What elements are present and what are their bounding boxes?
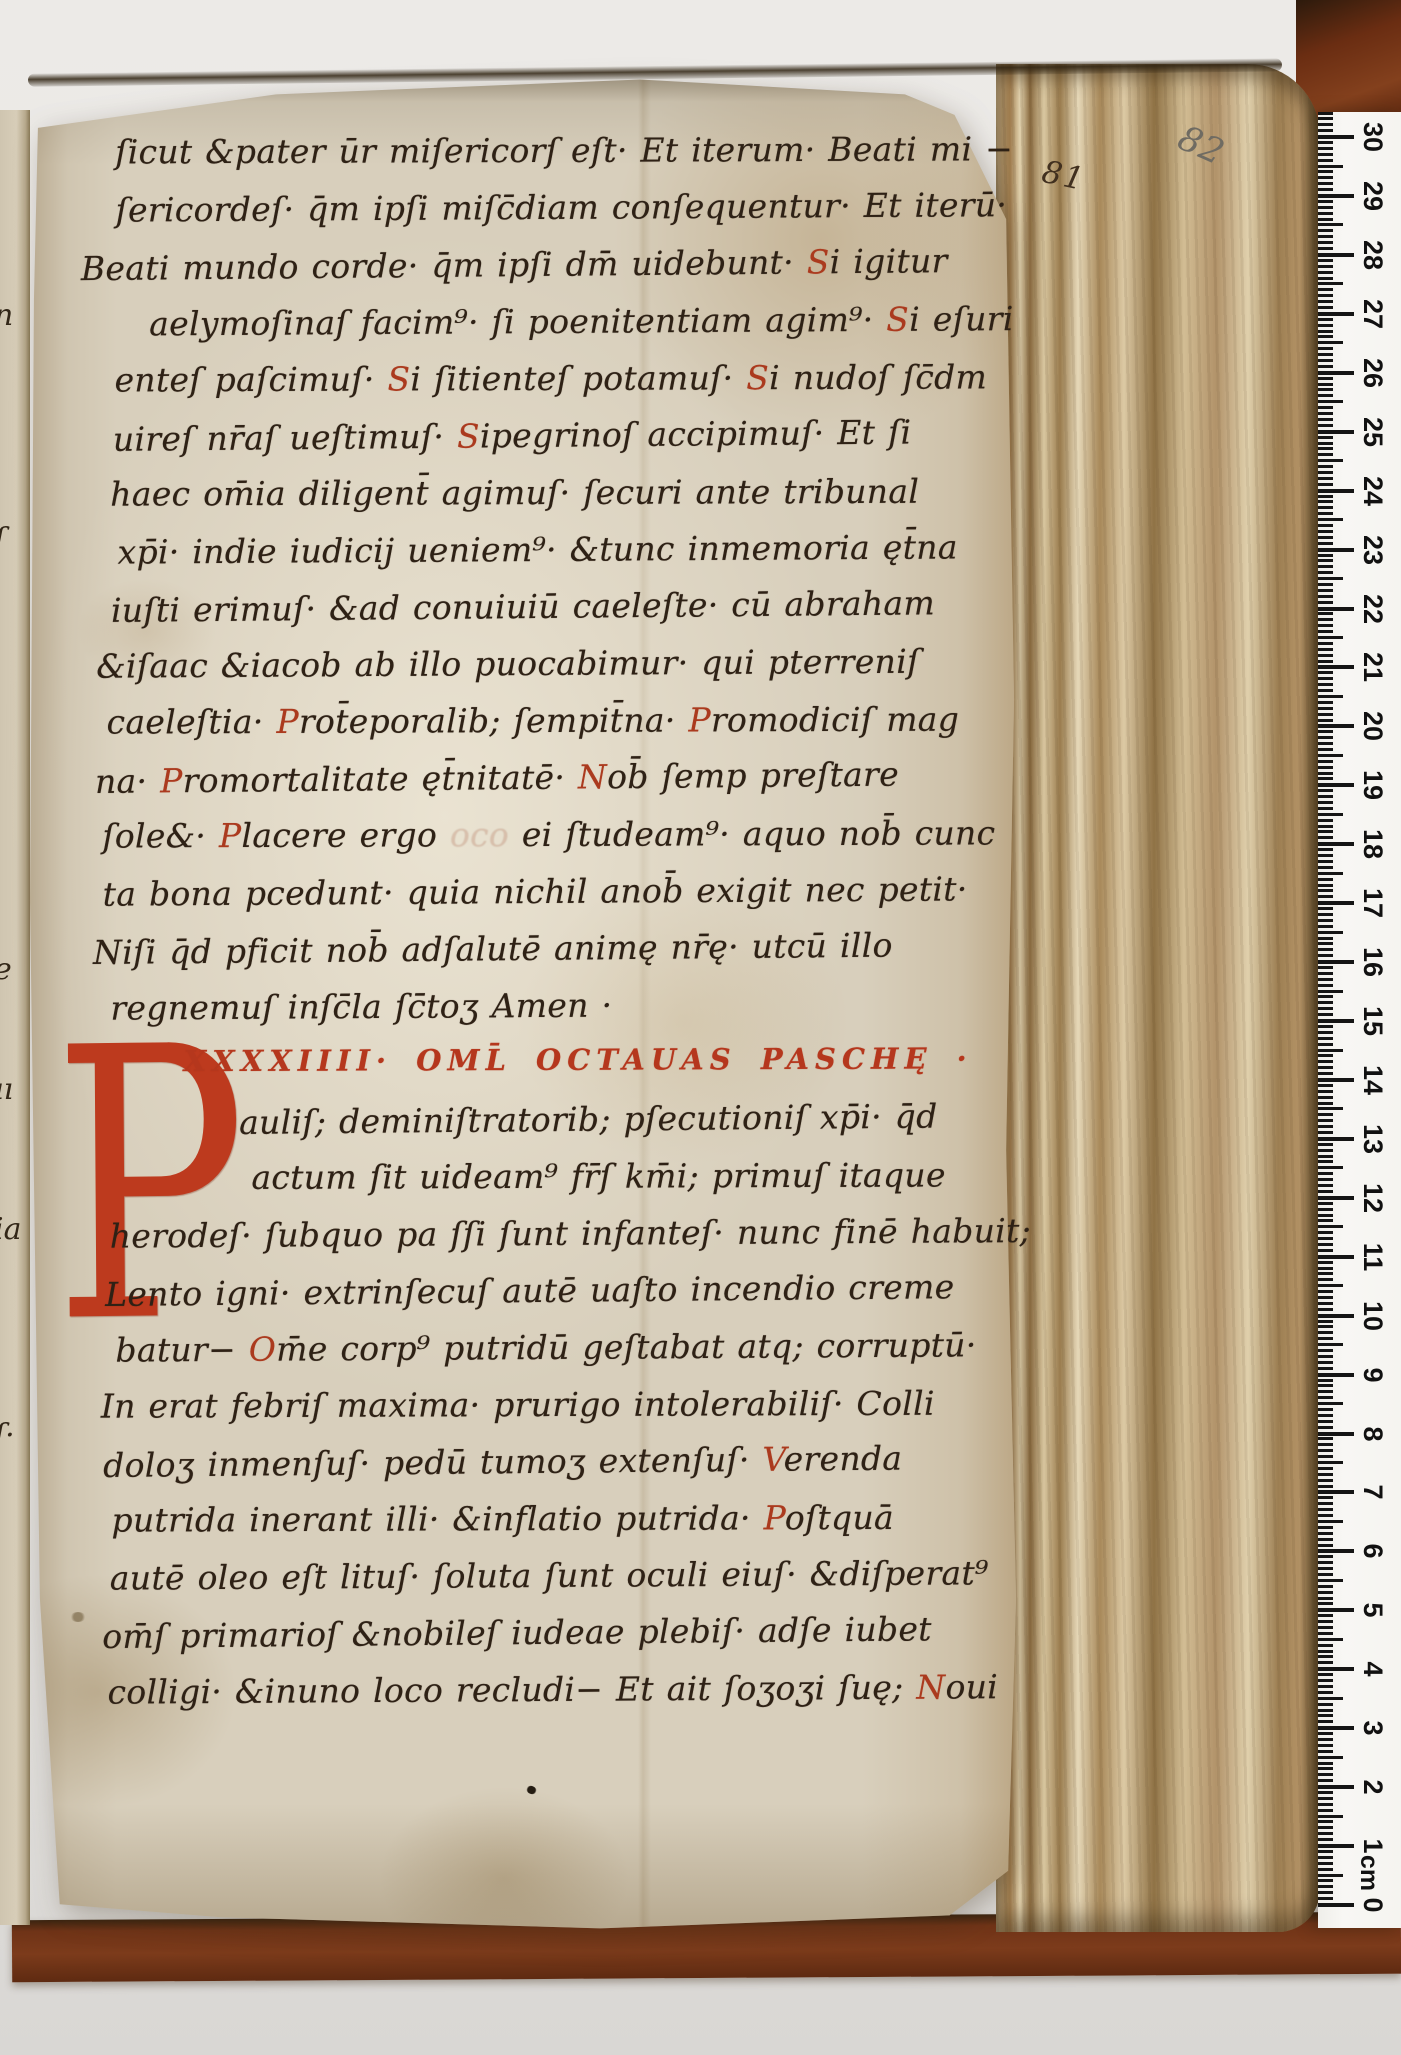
ruler-tick: [1318, 766, 1333, 769]
ruler-tick: [1318, 1343, 1343, 1346]
ruler-tick: [1318, 1208, 1333, 1211]
ruler-tick: [1318, 1243, 1333, 1246]
ruler-tick: [1318, 1732, 1333, 1735]
ruler-number: 9: [1353, 1354, 1393, 1396]
ruler-tick: [1318, 1838, 1333, 1841]
manuscript-line: uireſ nr̄aſ ueſtimuſ· Sipegrinoſ accipim…: [113, 415, 912, 455]
ruler-number: 13: [1353, 1118, 1393, 1160]
ruler-tick: [1318, 1131, 1333, 1134]
ruler-tick: [1318, 1726, 1354, 1730]
manuscript-line: caeleſtia· Prot̄eporalib; ſempit̄na· Pro…: [107, 703, 960, 739]
ruler-tick: [1318, 754, 1343, 757]
manuscript-line: enteſ paſcimuſ· Si ſitienteſ potamuſ· Si…: [114, 360, 987, 396]
ruler-tick: [1318, 1714, 1333, 1717]
ruler-tick: [1318, 642, 1333, 645]
ruler-tick: [1318, 447, 1333, 450]
ruler-tick: [1318, 335, 1333, 338]
ruler-tick: [1318, 1555, 1333, 1558]
ruler-number: 7: [1353, 1471, 1393, 1513]
ruler-tick: [1318, 1278, 1333, 1281]
ruler-tick: [1318, 324, 1333, 327]
ruler-tick: [1318, 1296, 1333, 1299]
ruler-tick: [1318, 1461, 1343, 1464]
ruler-tick: [1318, 612, 1333, 615]
ruler-tick: [1318, 665, 1354, 669]
ruler-tick: [1318, 595, 1333, 598]
ruler-tick: [1318, 383, 1333, 386]
ruler-tick: [1318, 1231, 1333, 1234]
ruler-tick: [1318, 1549, 1354, 1553]
ruler-tick: [1318, 271, 1333, 274]
ruler-tick: [1318, 1773, 1333, 1776]
ruler-number: 27: [1353, 293, 1393, 335]
ruler-tick: [1318, 801, 1333, 804]
ruler-tick: [1318, 1762, 1333, 1765]
ruler-tick: [1318, 1172, 1333, 1175]
ruler-tick: [1318, 165, 1343, 168]
ruler-number: 2: [1353, 1766, 1393, 1808]
ruler-tick: [1318, 1644, 1333, 1647]
ruler-tick: [1318, 247, 1333, 250]
ruler-tick: [1318, 459, 1343, 462]
ruler-tick: [1318, 1102, 1333, 1105]
ruler-tick: [1318, 1502, 1333, 1505]
ruler-number: 21: [1353, 646, 1393, 688]
facing-page-text-fragment: ıı: [0, 1072, 13, 1107]
ruler-tick: [1318, 312, 1354, 316]
ruler-tick: [1318, 937, 1333, 940]
manuscript-line: ſericordeſ· q̄m ipſi miſc̄diam conſequen…: [115, 188, 1007, 226]
ruler-tick: [1318, 654, 1333, 657]
ruler-tick: [1318, 1520, 1343, 1523]
ruler-tick: [1318, 1331, 1333, 1334]
ruler-tick: [1318, 1844, 1354, 1848]
ruler-tick: [1318, 636, 1343, 639]
ruler-tick: [1318, 1820, 1333, 1823]
ruler-tick: [1318, 1744, 1333, 1747]
ruler-tick: [1318, 772, 1333, 775]
ruler-tick: [1318, 919, 1333, 922]
ruler-tick: [1318, 277, 1333, 280]
ruler-tick: [1318, 1125, 1333, 1128]
manuscript-line: colligi· &inuno loco recludi− Et ait ſoʒ…: [107, 1670, 998, 1708]
ruler-tick: [1318, 1579, 1343, 1582]
ruler-tick: [1318, 960, 1354, 964]
manuscript-line: haec om̄ia diligent̄ agimuſ· ſecuri ante…: [110, 475, 919, 511]
ruler-tick: [1318, 135, 1354, 139]
ruler-tick: [1318, 1379, 1333, 1382]
ruler-tick: [1318, 607, 1354, 611]
manuscript-line: na· Promortalitate ęt̄nitatē· Nob̄ ſemp …: [95, 758, 899, 798]
ruler-tick: [1318, 1402, 1343, 1405]
ruler-tick: [1318, 1479, 1333, 1482]
ruler-tick: [1318, 1155, 1333, 1158]
ruler-tick: [1318, 359, 1333, 362]
ruler-tick: [1318, 194, 1354, 198]
ruler-tick: [1318, 1897, 1333, 1900]
facing-page-text-fragment: n: [0, 298, 13, 333]
ruler-tick: [1318, 1113, 1333, 1116]
ruler-number: 16: [1353, 941, 1393, 983]
ruler-number: 17: [1353, 882, 1393, 924]
ruler-tick: [1318, 1049, 1343, 1052]
ruler-tick: [1318, 984, 1333, 987]
ruler-tick: [1318, 477, 1333, 480]
ruler-tick: [1318, 1284, 1343, 1287]
ruler-number: 12: [1353, 1177, 1393, 1219]
ruler-number: 28: [1353, 234, 1393, 276]
ruler-tick: [1318, 748, 1333, 751]
ruler-tick: [1318, 866, 1333, 869]
ruler-tick: [1318, 265, 1333, 268]
manuscript-line: ſicut &pater ūr miſericorſ eſt· Et iteru…: [115, 132, 1013, 168]
ruler-tick: [1318, 1750, 1333, 1753]
ruler-tick: [1318, 518, 1343, 521]
rubric-line: XXXXIIII· OML̄ OCTAUAS PASCHĘ ·: [184, 1044, 973, 1076]
ruler-tick: [1318, 942, 1333, 945]
ruler-tick: [1318, 760, 1333, 763]
manuscript-line: Niſi q̄d pficit nob̄ adſalutē animę nr̄ę…: [93, 929, 893, 969]
facing-page-text-fragment: e: [0, 952, 12, 987]
ruler-tick: [1318, 789, 1333, 792]
ruler-number: 25: [1353, 411, 1393, 453]
ruler-tick: [1318, 112, 1333, 115]
ruler-tick: [1318, 1703, 1333, 1706]
ruler-tick: [1318, 1031, 1333, 1034]
ruler-tick: [1318, 1797, 1333, 1800]
ruler-tick: [1318, 495, 1333, 498]
ruler-tick: [1318, 412, 1333, 415]
ruler-tick: [1318, 878, 1333, 881]
ruler-tick: [1318, 807, 1333, 810]
facing-page-text-fragment: ſ: [0, 522, 5, 557]
ruler-tick: [1318, 1160, 1333, 1163]
ruler-tick: [1318, 571, 1333, 574]
ruler-tick: [1318, 895, 1333, 898]
ruler-tick: [1318, 330, 1333, 333]
ruler-tick: [1318, 341, 1343, 344]
ruler-tick: [1318, 153, 1333, 156]
ruler-tick: [1318, 1060, 1333, 1063]
ruler-number: 22: [1353, 588, 1393, 630]
ruler-tick: [1318, 229, 1333, 232]
ruler-number: 26: [1353, 352, 1393, 394]
ruler-tick: [1318, 972, 1333, 975]
ruler-tick: [1318, 1143, 1333, 1146]
text-block: ſicut &pater ūr miſericorſ eſt· Et iteru…: [73, 131, 1013, 1757]
ruler-tick: [1318, 1850, 1333, 1853]
ruler-tick: [1318, 1767, 1333, 1770]
ruler-tick: [1318, 424, 1333, 427]
ruler-tick: [1318, 1455, 1333, 1458]
ruler-number: 30: [1353, 116, 1393, 158]
ruler-tick: [1318, 1202, 1333, 1205]
ruler-tick: [1318, 1255, 1354, 1259]
ruler-tick: [1318, 241, 1333, 244]
ruler-tick: [1318, 925, 1333, 928]
page-edge-stack: [996, 64, 1320, 1932]
ruler-tick: [1318, 117, 1333, 120]
ruler-tick: [1318, 1632, 1333, 1635]
ruler-tick: [1318, 813, 1343, 816]
manuscript-line: autē oleo eſt lituſ· ſoluta ſunt oculi e…: [110, 1556, 989, 1594]
ruler-tick: [1318, 695, 1343, 698]
manuscript-line: putrida inerant illi· &inflatio putrida·…: [111, 1501, 894, 1537]
ruler-tick: [1318, 565, 1333, 568]
ruler-tick: [1318, 253, 1354, 257]
ruler-tick: [1318, 577, 1343, 580]
ruler-tick: [1318, 1667, 1354, 1671]
ruler-tick: [1318, 724, 1354, 728]
ruler-tick: [1318, 966, 1333, 969]
ruler-tick: [1318, 1720, 1333, 1723]
ruler-tick: [1318, 783, 1354, 787]
ruler-tick: [1318, 948, 1333, 951]
ruler-tick: [1318, 453, 1333, 456]
ruler-number: 5: [1353, 1589, 1393, 1631]
ruler-tick: [1318, 1526, 1333, 1529]
ruler-tick: [1318, 842, 1354, 846]
facing-page-text-fragment: ia: [0, 1212, 21, 1247]
ruler-tick: [1318, 1432, 1354, 1436]
ruler-tick: [1318, 1490, 1354, 1494]
ruler-tick: [1318, 1473, 1333, 1476]
ruler-tick: [1318, 300, 1333, 303]
ruler-tick: [1318, 1037, 1333, 1040]
ruler-tick: [1318, 1090, 1333, 1093]
ruler-tick: [1318, 1426, 1333, 1429]
ruler-tick: [1318, 489, 1354, 493]
ruler-tick: [1318, 347, 1333, 350]
ruler-tick: [1318, 188, 1333, 191]
ruler-tick: [1318, 1514, 1333, 1517]
ruler-tick: [1318, 901, 1354, 905]
ruler-tick: [1318, 1756, 1343, 1759]
ruler-tick: [1318, 1449, 1333, 1452]
ruler-tick: [1318, 1815, 1343, 1818]
ruler-tick: [1318, 288, 1333, 291]
ruler-tick: [1318, 1697, 1343, 1700]
ruler-tick: [1318, 1078, 1354, 1082]
ruler-tick: [1318, 836, 1333, 839]
ruler-tick: [1318, 1862, 1333, 1865]
ruler-tick: [1318, 1891, 1333, 1894]
ruler-tick: [1318, 683, 1333, 686]
ruler-tick: [1318, 819, 1333, 822]
ruler-tick: [1318, 589, 1333, 592]
ruler-tick: [1318, 1066, 1333, 1069]
ruler-tick: [1318, 1349, 1333, 1352]
ruler-tick: [1318, 1302, 1333, 1305]
ruler-tick: [1318, 1178, 1333, 1181]
ruler-tick: [1318, 931, 1343, 934]
ruler-number: 10: [1353, 1295, 1393, 1337]
ruler-tick: [1318, 141, 1333, 144]
ruler-tick: [1318, 465, 1333, 468]
ruler-tick: [1318, 889, 1333, 892]
ruler-tick: [1318, 123, 1333, 126]
ruler-number: 4: [1353, 1648, 1393, 1690]
ruler-tick: [1318, 777, 1333, 780]
ruler-tick: [1318, 1137, 1354, 1141]
ruler-tick: [1318, 430, 1354, 434]
ruler-tick: [1318, 1013, 1333, 1016]
ruler-tick: [1318, 506, 1333, 509]
ruler-tick: [1318, 884, 1333, 887]
ruler-tick: [1318, 1355, 1333, 1358]
ruler-tick: [1318, 170, 1333, 173]
ruler-tick: [1318, 1709, 1333, 1712]
ruler-tick: [1318, 394, 1333, 397]
ruler-tick: [1318, 1261, 1333, 1264]
ruler-number: 29: [1353, 175, 1393, 217]
manuscript-line: iuſti erimuſ· &ad conuiuiū caeleſte· cū …: [111, 586, 935, 627]
ruler-tick: [1318, 1809, 1333, 1812]
ruler-tick: [1318, 1420, 1333, 1423]
ruler-tick: [1318, 1096, 1333, 1099]
ruler-tick: [1318, 1591, 1333, 1594]
ruler-number: 20: [1353, 705, 1393, 747]
ruler-tick: [1318, 1384, 1333, 1387]
ruler-tick: [1318, 1166, 1343, 1169]
ruler-tick: [1318, 1826, 1333, 1829]
ruler-tick: [1318, 294, 1333, 297]
ruler-tick: [1318, 1001, 1333, 1004]
ruler-tick: [1318, 182, 1333, 185]
ruler-tick: [1318, 1196, 1354, 1200]
ruler-tick: [1318, 1655, 1333, 1658]
ruler-tick: [1318, 1679, 1333, 1682]
ruler-tick: [1318, 1785, 1354, 1789]
ruler-tick: [1318, 1485, 1333, 1488]
manuscript-line: om̄ſ primarioſ &nobileſ iudeae plebiſ· a…: [102, 1612, 932, 1653]
ruler-tick: [1318, 536, 1333, 539]
ruler-tick: [1318, 377, 1333, 380]
ruler-number: 3: [1353, 1707, 1393, 1749]
ruler-tick: [1318, 1561, 1333, 1564]
ruler-tick: [1318, 630, 1333, 633]
ruler-tick: [1318, 371, 1354, 375]
ruler-tick: [1318, 1868, 1333, 1871]
ruler-tick: [1318, 554, 1333, 557]
ruler-tick: [1318, 1007, 1333, 1010]
ruler-tick: [1318, 1408, 1333, 1411]
ruler-tick: [1318, 548, 1354, 552]
ruler-number: 23: [1353, 529, 1393, 571]
ruler-tick: [1318, 583, 1333, 586]
ruler-tick: [1318, 559, 1333, 562]
ruler-tick: [1318, 1661, 1333, 1664]
ruler-tick: [1318, 954, 1333, 957]
ruler-tick: [1318, 1373, 1354, 1377]
ruler-tick: [1318, 860, 1333, 863]
ruler-tick: [1318, 907, 1333, 910]
ruler-tick: [1318, 624, 1333, 627]
cm-ruler: 3029282726252423222120191817161514131211…: [1318, 112, 1401, 1928]
ruler-tick: [1318, 848, 1333, 851]
ruler-tick: [1318, 365, 1333, 368]
ruler-tick: [1318, 618, 1333, 621]
facing-page-text-fragment: ſ·: [0, 1418, 15, 1453]
ruler-tick: [1318, 176, 1333, 179]
ruler-tick: [1318, 701, 1333, 704]
ruler-tick: [1318, 306, 1333, 309]
ruler-tick: [1318, 259, 1333, 262]
ruler-tick: [1318, 990, 1343, 993]
ruler-tick: [1318, 1249, 1333, 1252]
ruler-tick: [1318, 707, 1333, 710]
ruler-tick: [1318, 1214, 1333, 1217]
ruler-number: 18: [1353, 823, 1393, 865]
ruler-tick: [1318, 235, 1333, 238]
ruler-tick: [1318, 1685, 1333, 1688]
ruler-tick: [1318, 1620, 1333, 1623]
manuscript-line: actum ſit uideam⁹ fr̄ſ km̄i; primuſ itaq…: [251, 1158, 945, 1193]
manuscript-line: regnemuſ inſc̄la ſc̄toʒ Amen ·: [110, 989, 612, 1025]
ruler-tick: [1318, 1544, 1333, 1547]
ruler-tick: [1318, 1237, 1333, 1240]
manuscript-line: herodeſ· ſubquo pa ſſi ſunt infanteſ· nu…: [110, 1214, 1031, 1253]
ruler-tick: [1318, 1290, 1333, 1293]
ruler-tick: [1318, 1054, 1333, 1057]
ruler-tick: [1318, 1043, 1333, 1046]
ruler-tick: [1318, 1467, 1333, 1470]
ruler-tick: [1318, 719, 1333, 722]
manuscript-line: Beati mundo corde· q̄m ipſi dm̄ uidebunt…: [81, 244, 948, 285]
ruler-tick: [1318, 1107, 1343, 1110]
ruler-tick: [1318, 677, 1333, 680]
manuscript-line: xp̄i· indie iudicij ueniem⁹· &tunc inmem…: [117, 530, 957, 568]
ruler-tick: [1318, 1602, 1333, 1605]
ruler-tick: [1318, 795, 1333, 798]
ruler-tick: [1318, 1390, 1333, 1393]
ruler-number: 8: [1353, 1413, 1393, 1455]
ruler-tick: [1318, 159, 1333, 162]
ruler-tick: [1318, 671, 1333, 674]
ruler-tick: [1318, 1650, 1333, 1653]
ruler-tick: [1318, 483, 1333, 486]
ruler-tick: [1318, 129, 1333, 132]
ruler-tick: [1318, 1325, 1333, 1328]
ruler-tick: [1318, 1025, 1333, 1028]
manuscript-line: ſole&· Placere ergo oco ei ſtudeam⁹· aqu…: [102, 816, 995, 852]
ruler-tick: [1318, 1903, 1354, 1907]
facing-page-sliver: [0, 110, 30, 1925]
ruler-number: 14: [1353, 1059, 1393, 1101]
ruler-tick: [1318, 713, 1333, 716]
ruler-number: 6: [1353, 1530, 1393, 1572]
ruler-tick: [1318, 1538, 1333, 1541]
ruler-tick: [1318, 1779, 1333, 1782]
ruler-unit-label: cm: [1351, 1852, 1387, 1894]
ruler-tick: [1318, 1437, 1333, 1440]
ruler-number: 24: [1353, 470, 1393, 512]
ruler-tick: [1318, 1072, 1333, 1075]
ruler-tick: [1318, 1190, 1333, 1193]
ruler-tick: [1318, 530, 1333, 533]
ruler-tick: [1318, 542, 1333, 545]
ruler-tick: [1318, 1874, 1343, 1877]
ruler-tick: [1318, 1396, 1333, 1399]
ruler-tick: [1318, 223, 1343, 226]
ruler-tick: [1318, 1567, 1333, 1570]
ruler-tick: [1318, 601, 1333, 604]
ruler-tick: [1318, 353, 1333, 356]
ruler-tick: [1318, 1638, 1343, 1641]
ruler-tick: [1318, 1414, 1333, 1417]
ruler-tick: [1318, 1532, 1333, 1535]
ruler-tick: [1318, 1597, 1333, 1600]
